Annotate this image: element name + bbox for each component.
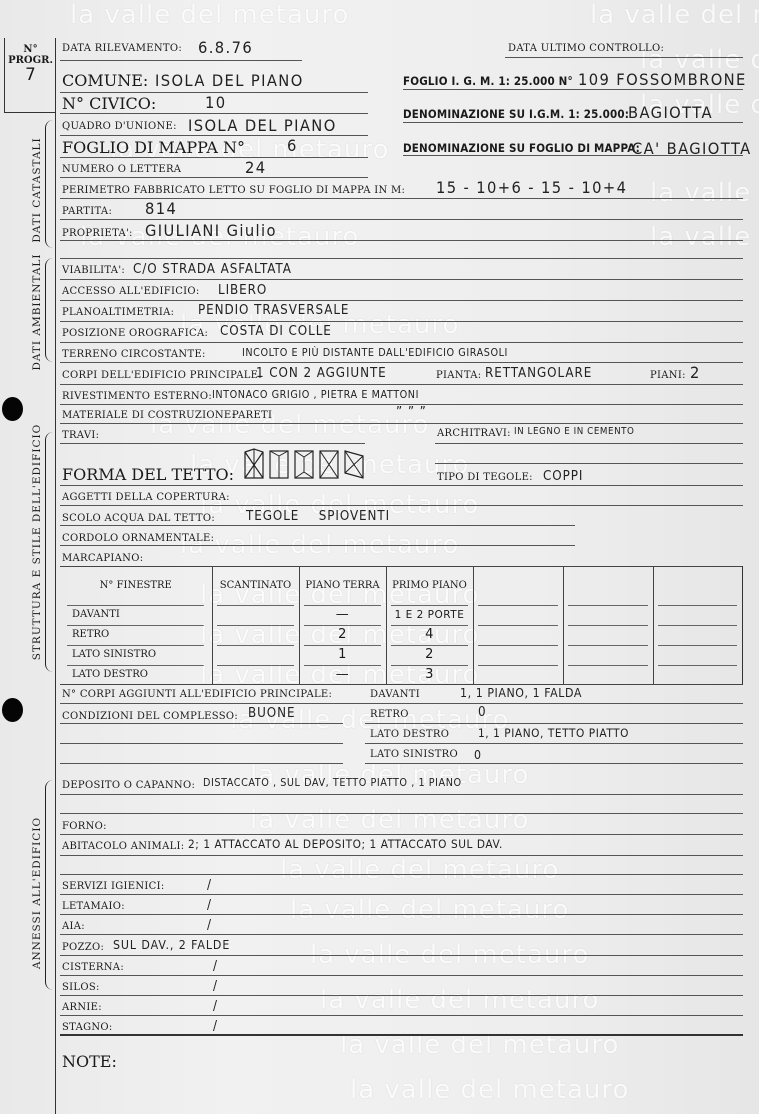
pianta-field[interactable]: RETTANGOLARE: [485, 366, 592, 381]
viabilita-label: VIABILITA':: [62, 265, 125, 276]
stagno-field[interactable]: /: [213, 1019, 218, 1034]
section-brace: [45, 258, 53, 362]
foglio-igm-field[interactable]: 109 FOSSOMBRONE: [578, 70, 747, 89]
row-label: LATO SINISTRO: [60, 645, 212, 665]
silos-label: SILOS:: [62, 982, 100, 993]
corpi-lato-sinistro-label: LATO SINISTRO: [370, 749, 458, 760]
forno-label: FORNO:: [62, 821, 107, 832]
condizioni-field[interactable]: BUONE: [248, 706, 295, 721]
aia-label: AIA:: [62, 921, 85, 932]
comune-label: COMUNE:: [62, 71, 148, 90]
architravi-field[interactable]: IN LEGNO E IN CEMENTO: [514, 426, 634, 437]
cell[interactable]: [653, 625, 743, 645]
proprieta-label: PROPRIETA':: [62, 228, 133, 239]
marcapiano-label: MARCAPIANO:: [62, 553, 143, 564]
letamaio-label: LETAMAIO:: [62, 901, 125, 912]
corpi-retro-field[interactable]: 0: [478, 705, 487, 720]
col-header: [653, 567, 743, 605]
roof-hip-crossed-icon[interactable]: [243, 448, 265, 480]
corpi-davanti-label: DAVANTI: [370, 689, 420, 700]
table-row: LATO DESTRO — 3: [60, 665, 743, 685]
corpi-davanti-field[interactable]: 1, 1 PIANO, 1 FALDA: [460, 686, 582, 700]
col-header: [473, 567, 563, 605]
roof-inverted-gable-icon[interactable]: [293, 448, 315, 480]
cell[interactable]: [653, 645, 743, 665]
cell[interactable]: —: [299, 605, 386, 625]
row-label: RETRO: [60, 625, 212, 645]
rivestimento-label: RIVESTIMENTO ESTERNO:: [62, 391, 212, 402]
corpi-lato-destro-field[interactable]: 1, 1 PIANO, TETTO PIATTO: [478, 726, 629, 740]
arnie-field[interactable]: /: [213, 999, 218, 1014]
watermark: la valle del metauro: [350, 1075, 629, 1105]
cell[interactable]: 2: [299, 625, 386, 645]
comune-field[interactable]: ISOLA DEL PIANO: [155, 71, 304, 90]
numero-lettera-field[interactable]: 24: [245, 158, 266, 177]
cell[interactable]: 3: [386, 665, 473, 685]
binder-hole: [2, 397, 23, 421]
pozzo-field[interactable]: SUL DAV., 2 FALDE: [113, 938, 230, 952]
planoaltimetria-field[interactable]: PENDIO TRASVERSALE: [198, 303, 349, 318]
materiale-label: MATERIALE DI COSTRUZIONE:: [62, 410, 235, 421]
cell[interactable]: [473, 645, 563, 665]
planoaltimetria-label: PLANOALTIMETRIA:: [62, 307, 174, 318]
watermark: la valle del metauro: [650, 222, 759, 252]
den-igm-label: DENOMINAZIONE SU I.G.M. 1: 25.000:: [403, 107, 629, 121]
row-label: DAVANTI: [60, 605, 212, 625]
cell[interactable]: [563, 605, 653, 625]
servizi-label: SERVIZI IGIENICI:: [62, 881, 165, 892]
watermark: la valle del metauro: [280, 855, 559, 885]
aia-field[interactable]: /: [207, 918, 212, 933]
survey-form-page: la valle del metauro la valle del metaur…: [0, 0, 759, 1114]
civico-field[interactable]: 10: [205, 93, 226, 112]
corpi-edificio-field[interactable]: 1 CON 2 AGGIUNTE: [256, 366, 387, 381]
viabilita-field[interactable]: C/O STRADA ASFALTATA: [133, 262, 292, 277]
deposito-field[interactable]: DISTACCATO , SUL DAV, TETTO PIATTO , 1 P…: [203, 777, 462, 789]
data-ultimo-controllo-label: DATA ULTIMO CONTROLLO:: [508, 43, 664, 54]
pianta-label: PIANTA:: [436, 370, 481, 381]
den-igm-field[interactable]: BAGIOTTA: [628, 103, 713, 122]
table-header-row: N° FINESTRE SCANTINATO PIANO TERRA PRIMO…: [60, 567, 743, 605]
cell[interactable]: [563, 625, 653, 645]
quadro-unione-label: QUADRO D'UNIONE:: [62, 121, 177, 132]
foglio-mappa-field[interactable]: 6: [287, 136, 298, 155]
progr-box: N° PROGR. 7: [4, 38, 56, 113]
deposito-label: DEPOSITO o CAPANNO:: [62, 780, 195, 791]
progr-number: 7: [5, 66, 56, 84]
corpi-lato-sinistro-field[interactable]: 0: [474, 748, 482, 762]
col-header: PRIMO PIANO: [386, 567, 473, 605]
scolo-field[interactable]: TEGOLE SPIOVENTI: [246, 509, 390, 524]
binder-hole: [2, 698, 23, 722]
watermark: la valle del metauro: [650, 178, 759, 208]
rivestimento-field[interactable]: INTONACO GRIGIO , PIETRA E MATTONI: [212, 389, 419, 401]
finestre-table: N° FINESTRE SCANTINATO PIANO TERRA PRIMO…: [60, 566, 743, 685]
cell[interactable]: [212, 645, 299, 665]
posizione-label: POSIZIONE OROGRAFICA:: [62, 328, 208, 339]
progr-label: N°: [5, 44, 56, 55]
cell[interactable]: [563, 665, 653, 685]
scolo-label: SCOLO ACQUA DAL TETTO:: [62, 513, 215, 524]
cisterna-field[interactable]: /: [213, 959, 218, 974]
foglio-igm-label: FOGLIO I. G. M. 1: 25.000 N°: [403, 74, 573, 88]
travi-label: TRAVI:: [62, 430, 99, 441]
cell[interactable]: [212, 605, 299, 625]
foglio-mappa-label: FOGLIO DI MAPPA N°: [62, 138, 245, 157]
piani-label: PIANI:: [650, 370, 686, 381]
perimetro-field[interactable]: 15 - 10+6 - 15 - 10+4: [436, 178, 627, 197]
section-label-catastali: DATI CATASTALI: [31, 137, 43, 242]
watermark: la valle del metauro: [590, 0, 759, 30]
proprieta-field[interactable]: GIULIANI Giulio: [145, 221, 277, 240]
pareti-label: PARETI: [232, 410, 272, 421]
accesso-field[interactable]: LIBERO: [218, 283, 267, 298]
tipo-tegole-field[interactable]: COPPI: [543, 469, 583, 484]
table-row: LATO SINISTRO 1 2: [60, 645, 743, 665]
civico-label: N° CIVICO:: [62, 94, 156, 113]
cell[interactable]: [212, 625, 299, 645]
roof-shape-options: [243, 448, 365, 480]
cell[interactable]: 1 E 2 PORTE: [386, 605, 473, 625]
aggetti-label: AGGETTI DELLA COPERTURA:: [62, 492, 230, 503]
table-row: DAVANTI — 1 E 2 PORTE: [60, 605, 743, 625]
col-header: [563, 567, 653, 605]
data-rilevamento-field[interactable]: 6.8.76: [198, 38, 253, 57]
cell[interactable]: [563, 645, 653, 665]
servizi-field[interactable]: /: [207, 878, 212, 893]
architravi-label: ARCHITRAVI:: [437, 428, 511, 439]
col-header: N° FINESTRE: [60, 567, 212, 605]
cell[interactable]: 1: [299, 645, 386, 665]
roof-gable-icon[interactable]: [268, 448, 290, 480]
corpi-retro-label: RETRO: [370, 709, 409, 720]
abitacolo-label: ABITACOLO ANIMALI:: [62, 841, 184, 852]
section-label-annessi: ANNESSI ALL'EDIFICIO: [31, 817, 43, 969]
section-label-ambientali: DATI AMBIENTALI: [31, 253, 43, 370]
data-rilevamento-label: DATA RILEVAMENTO:: [62, 43, 182, 54]
section-brace: [45, 780, 53, 990]
cell[interactable]: [473, 605, 563, 625]
table-row: RETRO 2 4: [60, 625, 743, 645]
arnie-label: ARNIE:: [62, 1002, 102, 1013]
silos-field[interactable]: /: [213, 979, 218, 994]
quadro-unione-field[interactable]: ISOLA DEL PIANO: [188, 116, 337, 135]
margin-line: [55, 38, 56, 1114]
col-header: PIANO TERRA: [299, 567, 386, 605]
cell[interactable]: [653, 605, 743, 625]
col-header: SCANTINATO: [212, 567, 299, 605]
section-brace: [45, 432, 53, 672]
forma-tetto-label: FORMA DEL TETTO:: [62, 465, 234, 484]
corpi-aggiunti-label: N° CORPI AGGIUNTI ALL'EDIFICIO PRINCIPAL…: [62, 689, 332, 700]
watermark: la valle del metauro: [70, 0, 349, 30]
roof-pavilion-icon[interactable]: [318, 448, 340, 480]
section-label-struttura: STRUTTURA E STILE DELL'EDIFICIO: [31, 424, 43, 661]
cell[interactable]: [653, 665, 743, 685]
cell[interactable]: [212, 665, 299, 685]
section-brace: [45, 120, 53, 248]
stagno-label: STAGNO:: [62, 1022, 113, 1033]
pareti-field[interactable]: ” ” ”: [396, 405, 427, 420]
perimetro-label: PERIMETRO FABBRICATO LETTO SU FOGLIO DI …: [62, 185, 405, 196]
cell[interactable]: [473, 625, 563, 645]
cordolo-label: CORDOLO ORNAMENTALE:: [62, 533, 214, 544]
cell[interactable]: —: [299, 665, 386, 685]
cell[interactable]: [473, 665, 563, 685]
watermark: la valle del metauro: [290, 895, 569, 925]
corpi-edificio-label: CORPI DELL'EDIFICIO PRINCIPALE:: [62, 370, 262, 381]
corpi-lato-destro-label: LATO DESTRO: [370, 729, 449, 740]
pozzo-label: POZZO:: [62, 942, 104, 953]
piani-field[interactable]: 2: [690, 363, 701, 382]
abitacolo-field[interactable]: 2; 1 ATTACCATO AL DEPOSITO; 1 ATTACCATO …: [188, 837, 503, 851]
den-foglio-label: DENOMINAZIONE SU FOGLIO DI MAPPA:: [403, 141, 640, 155]
watermark: la valle del metauro: [320, 985, 599, 1015]
terreno-label: TERRENO CIRCOSTANTE:: [62, 349, 206, 360]
numero-lettera-label: NUMERO o LETTERA: [62, 164, 181, 175]
condizioni-label: CONDIZIONI DEL COMPLESSO:: [62, 711, 238, 722]
partita-field[interactable]: 814: [145, 199, 177, 218]
watermark: la valle del metauro: [250, 805, 529, 835]
posizione-field[interactable]: COSTA DI COLLE: [220, 324, 332, 339]
row-label: LATO DESTRO: [60, 665, 212, 685]
cell[interactable]: 4: [386, 625, 473, 645]
terreno-field[interactable]: INCOLTO E PIÙ DISTANTE DALL'EDIFICIO GIR…: [242, 347, 508, 359]
accesso-label: ACCESSO ALL'EDIFICIO:: [62, 286, 200, 297]
roof-skewed-pavilion-icon[interactable]: [343, 448, 365, 480]
note-label: NOTE:: [62, 1052, 117, 1071]
tipo-tegole-label: TIPO DI TEGOLE:: [437, 472, 533, 483]
cisterna-label: CISTERNA:: [62, 962, 124, 973]
cell[interactable]: 2: [386, 645, 473, 665]
letamaio-field[interactable]: /: [207, 898, 212, 913]
partita-label: PARTITA:: [62, 206, 112, 217]
